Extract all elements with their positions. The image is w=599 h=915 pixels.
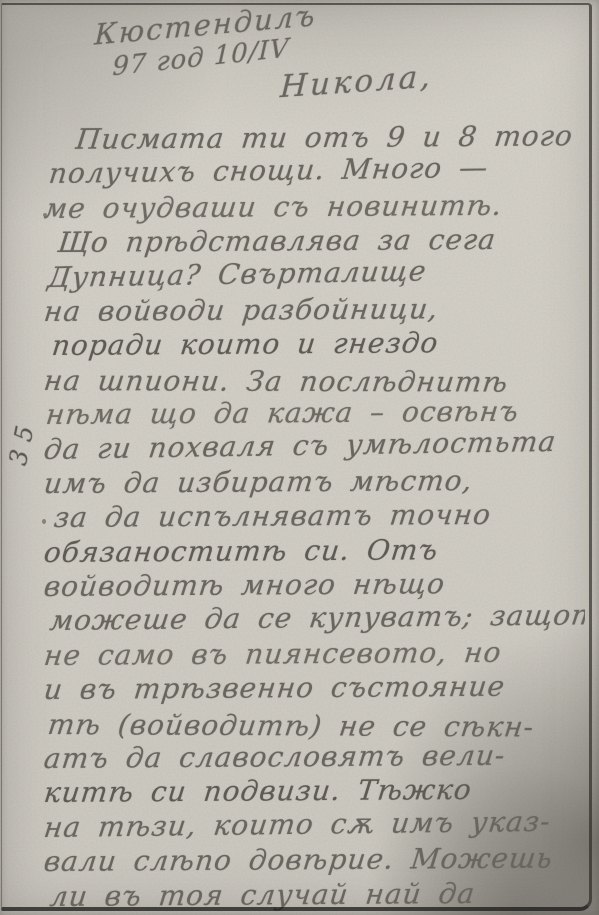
letter-salutation: Никола, [279,59,434,106]
stray-pencil-mark [46,692,49,695]
handwritten-line: вали слѣпо довѣрие. Можешь [44,841,585,879]
handwritten-line: не само въ пиянсевото, но [44,635,585,673]
letter-photograph: 35 Кюстендилъ 97 год 10/IV Никола, Писма… [0,0,599,915]
handwritten-line: получихъ снощи. Много — [47,150,585,192]
handwritten-line: за да испълняватъ точно [52,498,585,536]
archival-number: 35 [4,415,41,468]
handwritten-line: поради които и гнездо [50,326,585,364]
handwritten-line: атъ да славословятъ вели- [44,738,585,776]
handwritten-line: ли въ тоя случай най да [48,876,585,914]
handwritten-line: можеше да се купуватъ; защото [48,599,585,639]
handwritten-line: ме очудваши съ новинитѣ. [44,188,585,226]
handwritten-line: и въ трѣзвенно състояние [44,669,585,707]
stray-pencil-mark [43,213,47,217]
handwritten-line: на войводи разбойници, [44,291,585,329]
handwritten-line: на тѣзи, които сѫ имъ указ- [44,804,585,845]
stray-pencil-mark [42,519,46,524]
screenshot: 35 Кюстендилъ 97 год 10/IV Никола, Писма… [0,0,599,915]
handwritten-line: имъ да избиратъ мѣсто, [44,463,585,501]
handwritten-line: обязаноститѣ си. Отъ [44,532,585,570]
letter-body: Писмата ти отъ 9 и 8 того получихъ снощи… [44,123,585,915]
